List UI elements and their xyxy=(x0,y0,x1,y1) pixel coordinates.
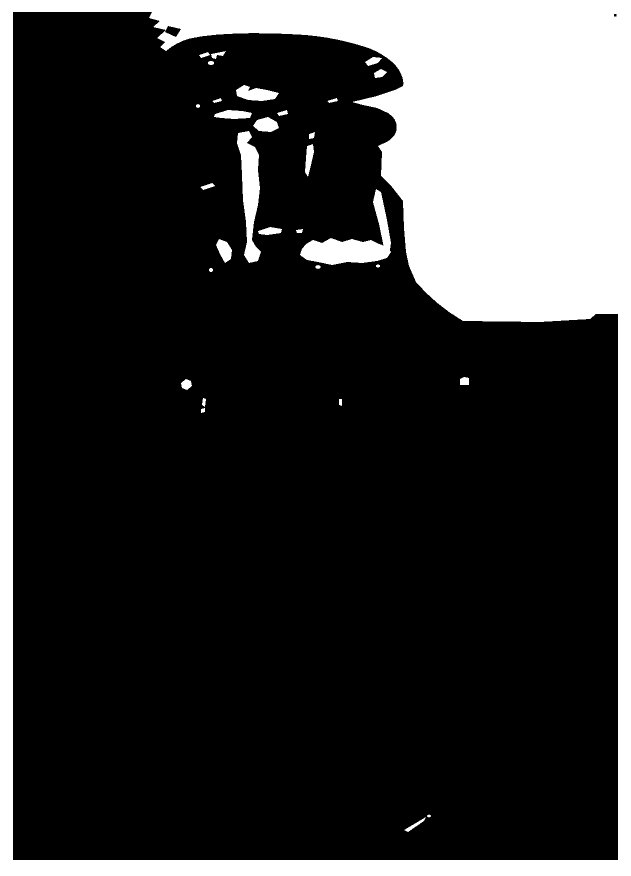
body-speck-tick-3 xyxy=(339,399,342,406)
stopper-cap-highlight-small-dot xyxy=(196,104,200,108)
binarized-bottle-photo xyxy=(0,0,631,876)
photo-canvas xyxy=(0,0,631,876)
base-streak-dot xyxy=(427,815,431,818)
shoulder-speck-2 xyxy=(316,265,321,269)
stopper-cap-highlight-dot xyxy=(208,61,214,65)
background-dot xyxy=(614,14,617,17)
shoulder-speck-1 xyxy=(209,268,213,272)
shoulder-speck-3 xyxy=(376,265,380,268)
